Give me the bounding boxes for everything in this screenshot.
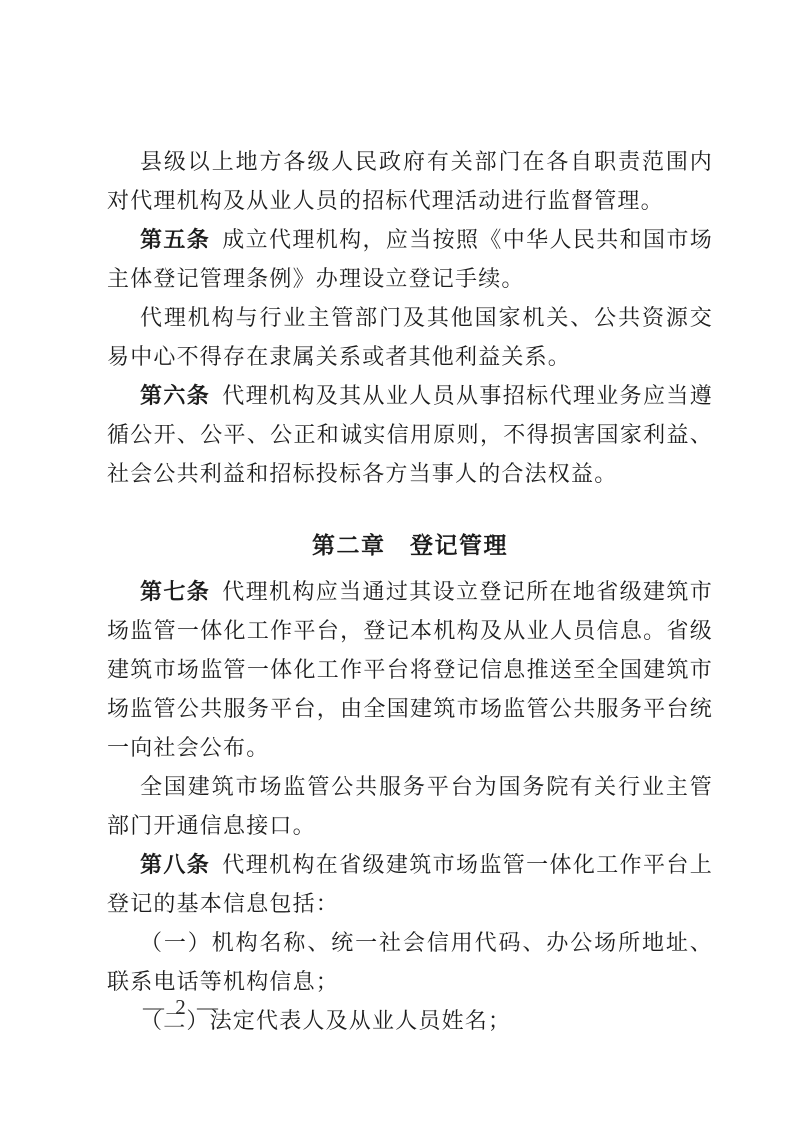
paragraph-text: 县级以上地方各级人民政府有关部门在各自职责范围内对代理机构及从业人员的招标代理活…	[107, 149, 713, 213]
body-paragraph: （一）机构名称、统一社会信用代码、办公场所地址、联系电话等机构信息；	[107, 923, 713, 1001]
article-number-label: 第八条	[140, 852, 210, 877]
chapter-heading: 第二章 登记管理	[107, 525, 713, 565]
article-number-label: 第七条	[140, 579, 210, 604]
body-paragraph: 全国建筑市场监管公共服务平台为国务院有关行业主管部门开通信息接口。	[107, 767, 713, 845]
paragraph-text: （一）机构名称、统一社会信用代码、办公场所地址、联系电话等机构信息；	[107, 930, 713, 994]
page-number: — 2 —	[143, 995, 221, 1020]
body-paragraph: 第五条成立代理机构，应当按照《中华人民共和国市场主体登记管理条例》办理设立登记手…	[107, 220, 713, 298]
body-paragraph: 第六条代理机构及其从业人员从事招标代理业务应当遵循公开、公平、公正和诚实信用原则…	[107, 376, 713, 493]
body-paragraph: 代理机构与行业主管部门及其他国家机关、公共资源交易中心不得存在隶属关系或者其他利…	[107, 298, 713, 376]
article-number-label: 第六条	[140, 383, 210, 408]
paragraph-text: 全国建筑市场监管公共服务平台为国务院有关行业主管部门开通信息接口。	[107, 774, 713, 838]
document-body: 县级以上地方各级人民政府有关部门在各自职责范围内对代理机构及从业人员的招标代理活…	[107, 142, 713, 1040]
paragraph-text: 代理机构与行业主管部门及其他国家机关、公共资源交易中心不得存在隶属关系或者其他利…	[107, 305, 713, 369]
body-paragraph: 第七条代理机构应当通过其设立登记所在地省级建筑市场监管一体化工作平台，登记本机构…	[107, 572, 713, 767]
document-page: 县级以上地方各级人民政府有关部门在各自职责范围内对代理机构及从业人员的招标代理活…	[0, 0, 793, 1122]
article-number-label: 第五条	[140, 227, 210, 252]
body-paragraph: 县级以上地方各级人民政府有关部门在各自职责范围内对代理机构及从业人员的招标代理活…	[107, 142, 713, 220]
paragraph-text: 代理机构应当通过其设立登记所在地省级建筑市场监管一体化工作平台，登记本机构及从业…	[107, 579, 713, 760]
body-paragraph: 第八条代理机构在省级建筑市场监管一体化工作平台上登记的基本信息包括：	[107, 845, 713, 923]
